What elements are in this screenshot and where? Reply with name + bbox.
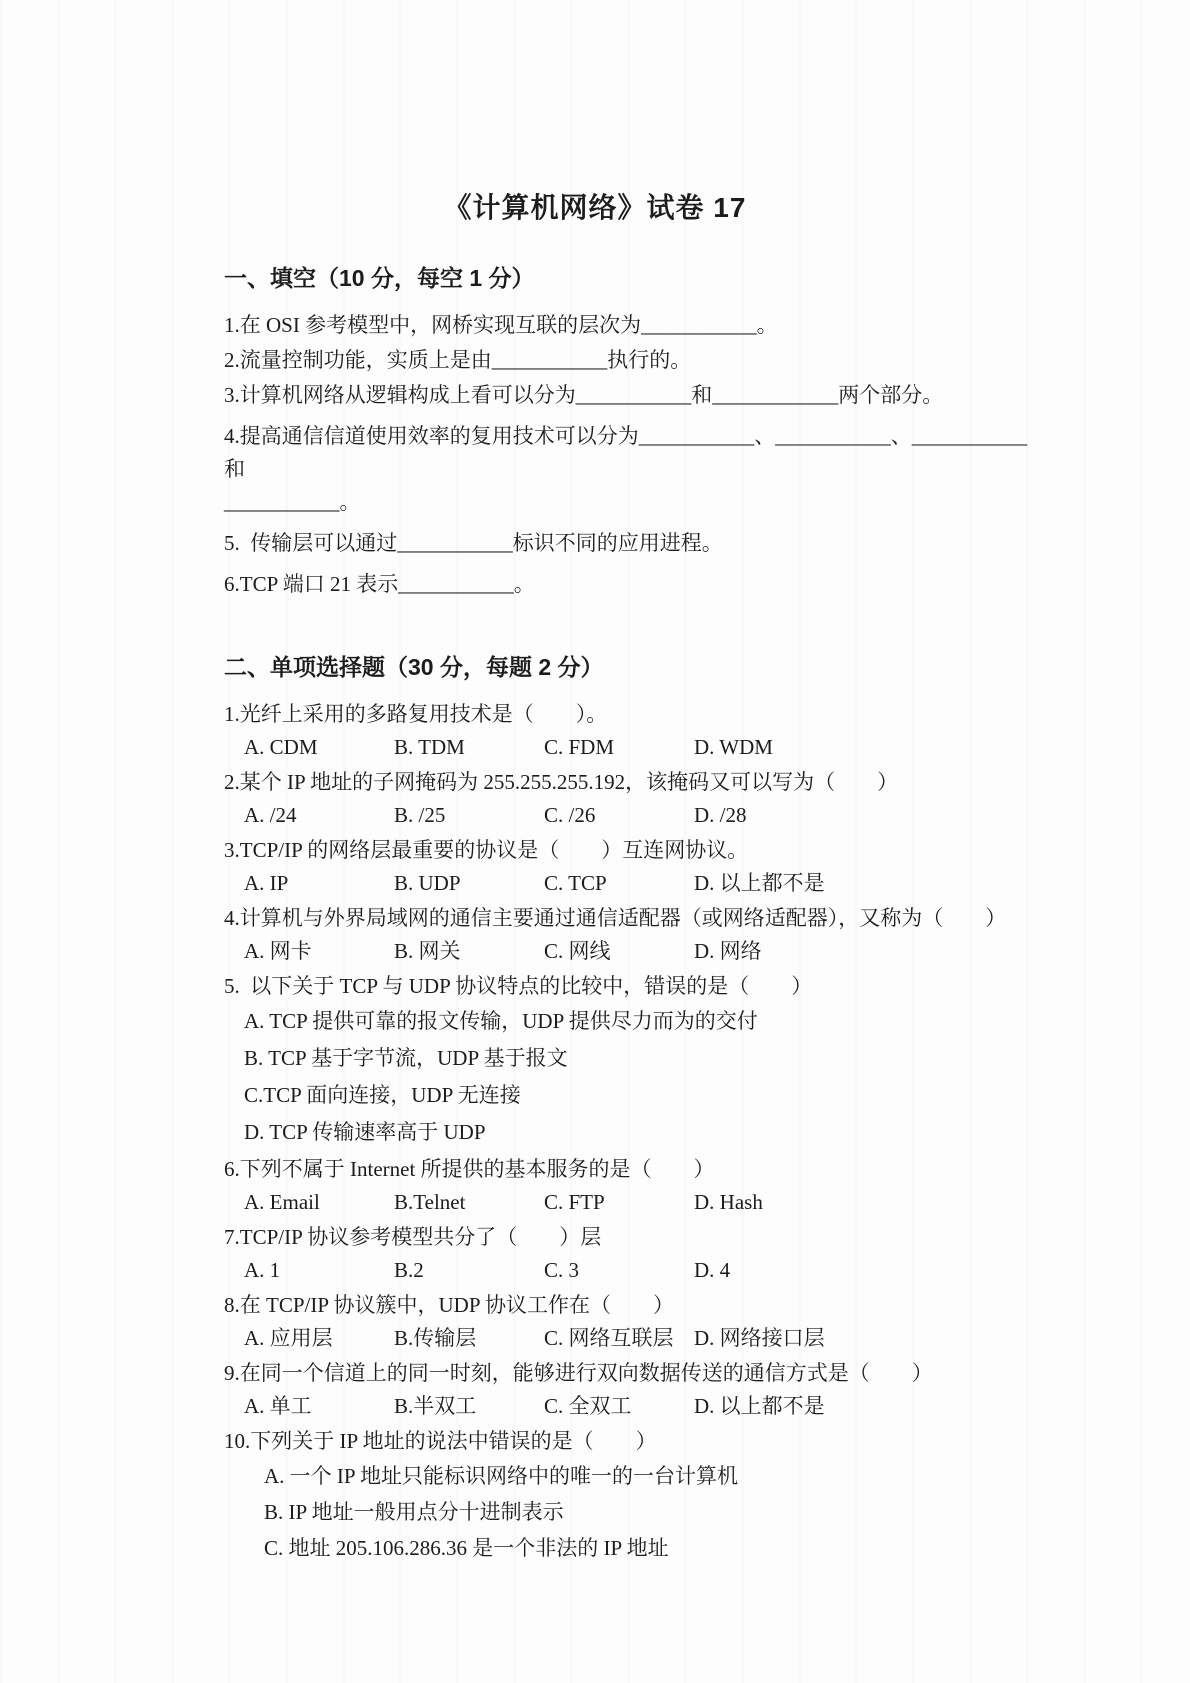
mcq-3-option-b: B. UDP bbox=[394, 867, 544, 900]
mcq-8-option-c: C. 网络互联层 bbox=[544, 1322, 694, 1355]
mcq-2-stem: 2.某个 IP 地址的子网掩码为 255.255.255.192，该掩码又可以写… bbox=[224, 766, 1040, 799]
mcq-3-options: A. IP B. UDP C. TCP D. 以上都不是 bbox=[224, 867, 1040, 900]
mcq-4-option-d: D. 网络 bbox=[694, 935, 762, 968]
mcq-6-option-d: D. Hash bbox=[694, 1186, 763, 1219]
fill-blank-item-1: 1.在 OSI 参考模型中，网桥实现互联的层次为___________。 bbox=[224, 309, 1040, 342]
mcq-3-option-a: A. IP bbox=[244, 867, 394, 900]
exam-title: 《计算机网络》试卷 17 bbox=[0, 186, 1190, 226]
exam-content: 一、填空（10 分，每空 1 分） 1.在 OSI 参考模型中，网桥实现互联的层… bbox=[0, 260, 1190, 1566]
mcq-7-option-d: D. 4 bbox=[694, 1254, 730, 1287]
mcq-6: 6.下列不属于 Internet 所提供的基本服务的是（ ） A. Email … bbox=[224, 1153, 1040, 1219]
mcq-4-stem: 4.计算机与外界局域网的通信主要通过通信适配器（或网络适配器），又称为（ ） bbox=[224, 902, 1040, 935]
mcq-10-option-b: B. IP 地址一般用点分十进制表示 bbox=[264, 1494, 1040, 1530]
mcq-6-option-b: B.Telnet bbox=[394, 1186, 544, 1219]
mcq-7-option-a: A. 1 bbox=[244, 1254, 394, 1287]
mcq-3-option-d: D. 以上都不是 bbox=[694, 867, 825, 900]
mcq-10-option-a: A. 一个 IP 地址只能标识网络中的唯一的一台计算机 bbox=[264, 1458, 1040, 1494]
section1-heading: 一、填空（10 分，每空 1 分） bbox=[224, 260, 1040, 293]
mcq-3-option-c: C. TCP bbox=[544, 867, 694, 900]
mcq-8-options: A. 应用层 B.传输层 C. 网络互联层 D. 网络接口层 bbox=[224, 1322, 1040, 1355]
mcq-4-option-c: C. 网线 bbox=[544, 935, 694, 968]
section-multiple-choice: 二、单项选择题（30 分，每题 2 分） 1.光纤上采用的多路复用技术是（ ）。… bbox=[224, 649, 1040, 1566]
mcq-7-option-b: B.2 bbox=[394, 1254, 544, 1287]
mcq-8-option-b: B.传输层 bbox=[394, 1322, 544, 1355]
mcq-5-options: A. TCP 提供可靠的报文传输，UDP 提供尽力而为的交付 B. TCP 基于… bbox=[224, 1003, 1040, 1151]
mcq-2-option-c: C. /26 bbox=[544, 799, 694, 832]
mcq-4: 4.计算机与外界局域网的通信主要通过通信适配器（或网络适配器），又称为（ ） A… bbox=[224, 902, 1040, 968]
mcq-1-option-d: D. WDM bbox=[694, 731, 773, 764]
fill-blank-item-5: 5. 传输层可以通过___________标识不同的应用进程。 bbox=[224, 527, 1040, 560]
mcq-1-option-b: B. TDM bbox=[394, 731, 544, 764]
mcq-5-stem: 5. 以下关于 TCP 与 UDP 协议特点的比较中，错误的是（ ） bbox=[224, 970, 1040, 1003]
mcq-2: 2.某个 IP 地址的子网掩码为 255.255.255.192，该掩码又可以写… bbox=[224, 766, 1040, 832]
mcq-6-stem: 6.下列不属于 Internet 所提供的基本服务的是（ ） bbox=[224, 1153, 1040, 1186]
fill-blank-item-3: 3.计算机网络从逻辑构成上看可以分为___________和__________… bbox=[224, 379, 1040, 412]
mcq-2-options: A. /24 B. /25 C. /26 D. /28 bbox=[224, 799, 1040, 832]
mcq-1-option-a: A. CDM bbox=[244, 731, 394, 764]
mcq-4-option-a: A. 网卡 bbox=[244, 935, 394, 968]
fill-blank-item-4: 4.提高通信信道使用效率的复用技术可以分为___________、_______… bbox=[224, 420, 1040, 519]
mcq-10: 10.下列关于 IP 地址的说法中错误的是（ ） A. 一个 IP 地址只能标识… bbox=[224, 1425, 1040, 1566]
fill-blank-item-6: 6.TCP 端口 21 表示___________。 bbox=[224, 568, 1040, 601]
mcq-10-options: A. 一个 IP 地址只能标识网络中的唯一的一台计算机 B. IP 地址一般用点… bbox=[224, 1458, 1040, 1566]
mcq-1-options: A. CDM B. TDM C. FDM D. WDM bbox=[224, 731, 1040, 764]
mcq-2-option-d: D. /28 bbox=[694, 799, 747, 832]
exam-page: 《计算机网络》试卷 17 一、填空（10 分，每空 1 分） 1.在 OSI 参… bbox=[0, 0, 1190, 1683]
mcq-10-stem: 10.下列关于 IP 地址的说法中错误的是（ ） bbox=[224, 1425, 1040, 1458]
section-fill-blanks: 一、填空（10 分，每空 1 分） 1.在 OSI 参考模型中，网桥实现互联的层… bbox=[224, 260, 1040, 601]
mcq-8: 8.在 TCP/IP 协议簇中，UDP 协议工作在（ ） A. 应用层 B.传输… bbox=[224, 1289, 1040, 1355]
mcq-5-option-a: A. TCP 提供可靠的报文传输，UDP 提供尽力而为的交付 bbox=[244, 1003, 1040, 1040]
mcq-8-stem: 8.在 TCP/IP 协议簇中，UDP 协议工作在（ ） bbox=[224, 1289, 1040, 1322]
mcq-7-options: A. 1 B.2 C. 3 D. 4 bbox=[224, 1254, 1040, 1287]
mcq-5-option-d: D. TCP 传输速率高于 UDP bbox=[244, 1114, 1040, 1151]
mcq-3-stem: 3.TCP/IP 的网络层最重要的协议是（ ）互连网协议。 bbox=[224, 834, 1040, 867]
mcq-1: 1.光纤上采用的多路复用技术是（ ）。 A. CDM B. TDM C. FDM… bbox=[224, 698, 1040, 764]
fill-blank-item-2: 2.流量控制功能，实质上是由___________执行的。 bbox=[224, 344, 1040, 377]
mcq-5-option-c: C.TCP 面向连接，UDP 无连接 bbox=[244, 1077, 1040, 1114]
mcq-2-option-b: B. /25 bbox=[394, 799, 544, 832]
mcq-3: 3.TCP/IP 的网络层最重要的协议是（ ）互连网协议。 A. IP B. U… bbox=[224, 834, 1040, 900]
mcq-10-option-c: C. 地址 205.106.286.36 是一个非法的 IP 地址 bbox=[264, 1530, 1040, 1566]
mcq-9-option-c: C. 全双工 bbox=[544, 1390, 694, 1423]
mcq-6-option-a: A. Email bbox=[244, 1186, 394, 1219]
mcq-7: 7.TCP/IP 协议参考模型共分了（ ）层 A. 1 B.2 C. 3 D. … bbox=[224, 1221, 1040, 1287]
mcq-9: 9.在同一个信道上的同一时刻，能够进行双向数据传送的通信方式是（ ） A. 单工… bbox=[224, 1357, 1040, 1423]
mcq-6-option-c: C. FTP bbox=[544, 1186, 694, 1219]
mcq-8-option-d: D. 网络接口层 bbox=[694, 1322, 825, 1355]
mcq-5: 5. 以下关于 TCP 与 UDP 协议特点的比较中，错误的是（ ） A. TC… bbox=[224, 970, 1040, 1151]
mcq-1-option-c: C. FDM bbox=[544, 731, 694, 764]
mcq-4-option-b: B. 网关 bbox=[394, 935, 544, 968]
mcq-5-option-b: B. TCP 基于字节流，UDP 基于报文 bbox=[244, 1040, 1040, 1077]
mcq-9-stem: 9.在同一个信道上的同一时刻，能够进行双向数据传送的通信方式是（ ） bbox=[224, 1357, 1040, 1390]
mcq-4-options: A. 网卡 B. 网关 C. 网线 D. 网络 bbox=[224, 935, 1040, 968]
section2-heading: 二、单项选择题（30 分，每题 2 分） bbox=[224, 649, 1040, 682]
mcq-8-option-a: A. 应用层 bbox=[244, 1322, 394, 1355]
mcq-9-options: A. 单工 B.半双工 C. 全双工 D. 以上都不是 bbox=[224, 1390, 1040, 1423]
mcq-7-option-c: C. 3 bbox=[544, 1254, 694, 1287]
mcq-7-stem: 7.TCP/IP 协议参考模型共分了（ ）层 bbox=[224, 1221, 1040, 1254]
mcq-9-option-a: A. 单工 bbox=[244, 1390, 394, 1423]
mcq-9-option-b: B.半双工 bbox=[394, 1390, 544, 1423]
mcq-1-stem: 1.光纤上采用的多路复用技术是（ ）。 bbox=[224, 698, 1040, 731]
mcq-9-option-d: D. 以上都不是 bbox=[694, 1390, 825, 1423]
mcq-2-option-a: A. /24 bbox=[244, 799, 394, 832]
mcq-6-options: A. Email B.Telnet C. FTP D. Hash bbox=[224, 1186, 1040, 1219]
